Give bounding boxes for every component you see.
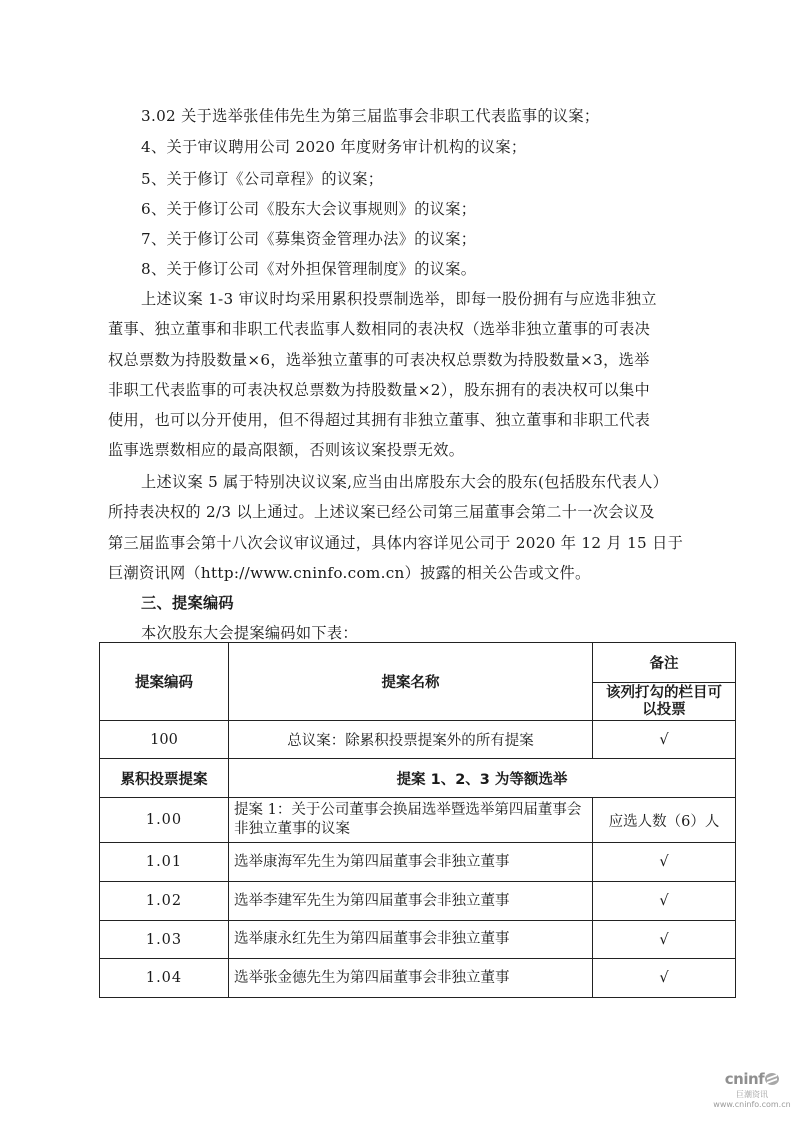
cell-cumulative-label: 累积投票提案: [100, 759, 229, 798]
paragraph-line: 所持表决权的 2/3 以上通过。上述议案已经公司第三届董事会第二十一次会议及: [108, 502, 672, 522]
cell-remark: 应选人数（6）人: [593, 798, 736, 843]
list-item: 4、关于审议聘用公司 2020 年度财务审计机构的议案；: [141, 137, 705, 157]
cell-code: 1.02: [100, 882, 229, 921]
cell-name: 总议案：除累积投票提案外的所有提案: [229, 721, 593, 759]
table-row: 1.03 选举康永红先生为第四届董事会非独立董事 √: [100, 921, 736, 959]
paragraph-line: 使用，也可以分开使用，但不得超过其拥有非独立董事、独立董事和非职工代表: [108, 410, 672, 430]
cell-name: 选举康海军先生为第四届董事会非独立董事: [229, 843, 593, 882]
proposal-code-table: 提案编码 提案名称 备注 该列打勾的栏目可以投票 100 总议案：除累积投票提案…: [99, 642, 736, 998]
cninfo-logo-icon: [765, 1073, 779, 1085]
header-name: 提案名称: [229, 643, 593, 721]
table-header-row: 提案编码 提案名称 备注: [100, 643, 736, 683]
cell-name: 选举李建军先生为第四届董事会非独立董事: [229, 882, 593, 921]
paragraph-line: 第三届监事会第十八次会议审议通过，具体内容详见公司于 2020 年 12 月 1…: [108, 533, 672, 553]
cell-check: √: [593, 882, 736, 921]
table-row: 1.04 选举张金德先生为第四届董事会非独立董事 √: [100, 959, 736, 998]
cell-check: √: [593, 721, 736, 759]
cell-cumulative-note: 提案 1、2、3 为等额选举: [229, 759, 736, 798]
cell-code: 1.01: [100, 843, 229, 882]
cell-check: √: [593, 959, 736, 998]
list-item: 8、关于修订公司《对外担保管理制度》的议案。: [141, 259, 705, 279]
cell-name: 选举康永红先生为第四届董事会非独立董事: [229, 921, 593, 959]
cell-name: 提案 1：关于公司董事会换届选举暨选举第四届董事会非独立董事的议案: [229, 798, 593, 843]
table-row: 100 总议案：除累积投票提案外的所有提案 √: [100, 721, 736, 759]
list-item: 3.02 关于选举张佳伟先生为第三届监事会非职工代表监事的议案；: [141, 106, 705, 126]
paragraph-line: 上述议案 1-3 审议时均采用累积投票制选举，即每一股份拥有与应选非独立: [141, 289, 705, 309]
header-code: 提案编码: [100, 643, 229, 721]
list-item: 6、关于修订公司《股东大会议事规则》的议案；: [141, 199, 705, 219]
paragraph-line: 上述议案 5 属于特别决议议案,应当由出席股东大会的股东(包括股东代表人）: [141, 472, 705, 492]
cell-name: 选举张金德先生为第四届董事会非独立董事: [229, 959, 593, 998]
watermark-chinese: 巨潮资讯: [712, 1089, 792, 1100]
watermark-url: www.cninfo.com.cn: [712, 1100, 792, 1109]
cell-check: √: [593, 843, 736, 882]
cell-code: 100: [100, 721, 229, 759]
table-row: 1.02 选举李建军先生为第四届董事会非独立董事 √: [100, 882, 736, 921]
list-item: 5、关于修订《公司章程》的议案；: [141, 169, 705, 189]
document-page: 3.02 关于选举张佳伟先生为第三届监事会非职工代表监事的议案； 4、关于审议聘…: [0, 0, 793, 1122]
paragraph-line: 非职工代表监事的可表决权总票数为持股数量×2），股东拥有的表决权可以集中: [108, 380, 672, 400]
paragraph-line: 权总票数为持股数量×6，选举独立董事的可表决权总票数为持股数量×3，选举: [108, 350, 672, 370]
cell-check: √: [593, 921, 736, 959]
table-row-cumulative: 累积投票提案 提案 1、2、3 为等额选举: [100, 759, 736, 798]
paragraph-line: 监事选票数相应的最高限额，否则该议案投票无效。: [108, 440, 672, 460]
header-remark-sub: 该列打勾的栏目可以投票: [593, 683, 736, 721]
table-row: 1.00 提案 1：关于公司董事会换届选举暨选举第四届董事会非独立董事的议案 应…: [100, 798, 736, 843]
section-heading: 三、提案编码: [141, 593, 705, 613]
table-row: 1.01 选举康海军先生为第四届董事会非独立董事 √: [100, 843, 736, 882]
list-item: 7、关于修订公司《募集资金管理办法》的议案；: [141, 229, 705, 249]
paragraph-line: 巨潮资讯网（http://www.cninfo.com.cn）披露的相关公告或文…: [108, 563, 672, 583]
watermark-brand-text: cninf: [725, 1070, 764, 1088]
paragraph-line: 董事、独立董事和非职工代表监事人数相同的表决权（选举非独立董事的可表决: [108, 319, 672, 339]
cell-code: 1.04: [100, 959, 229, 998]
cell-code: 1.00: [100, 798, 229, 843]
header-remark: 备注: [593, 643, 736, 683]
cninfo-watermark: cninf 巨潮资讯 www.cninfo.com.cn: [712, 1070, 792, 1109]
cell-code: 1.03: [100, 921, 229, 959]
table-intro: 本次股东大会提案编码如下表：: [141, 623, 705, 643]
watermark-brand: cninf: [712, 1070, 792, 1088]
